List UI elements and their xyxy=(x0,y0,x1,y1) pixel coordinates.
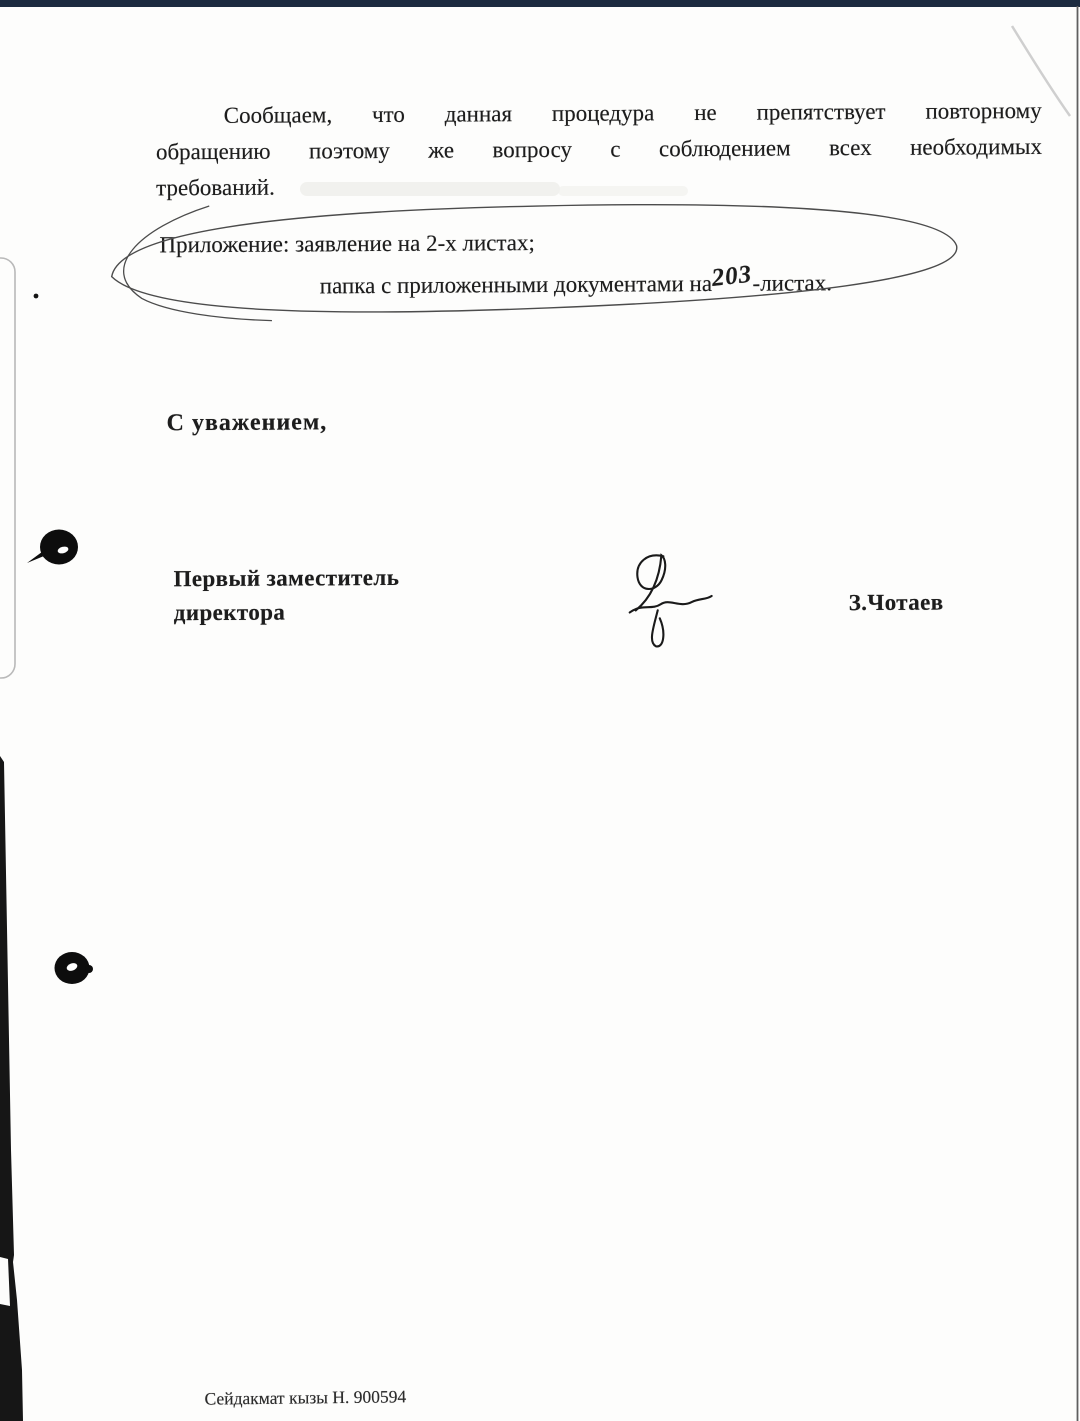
scanned-letter-page: Сообщаем, что данная процедура не препят… xyxy=(0,0,1080,1421)
hand-drawn-ellipse xyxy=(87,193,980,336)
signer-title-line-1: Первый заместитель xyxy=(173,561,399,596)
signer-title-line-2: директора xyxy=(174,595,400,630)
letter-body: Сообщаем, что данная процедура не препят… xyxy=(0,0,1080,1421)
paragraph-notification: Сообщаем, что данная процедура не препят… xyxy=(156,93,1043,206)
paragraph-line: обращению поэтому же вопросу с соблюдени… xyxy=(156,129,1042,170)
clerk-reference-note: Сейдакмат кызы Н. 900594 xyxy=(204,1386,406,1409)
signer-title: Первый заместитель директора xyxy=(173,561,399,630)
signer-name: З.Чотаев xyxy=(849,590,944,617)
signature-scribble xyxy=(601,542,728,655)
paragraph-line: Сообщаем, что данная процедура не препят… xyxy=(156,93,1042,134)
closing-salutation: С уважением, xyxy=(166,409,327,437)
